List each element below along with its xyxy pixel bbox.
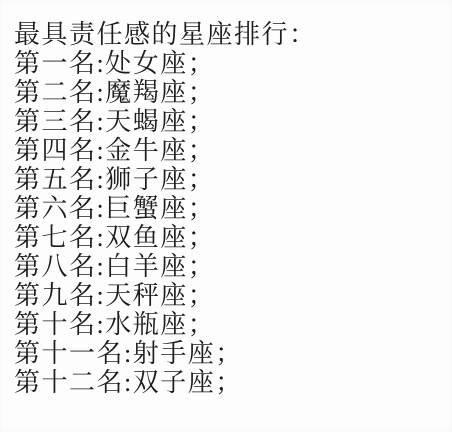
page-title: 最具责任感的星座排行： — [14, 20, 442, 49]
ranking-item-1: 第一名:处女座； — [14, 49, 442, 78]
ranking-item-12: 第十二名:双子座； — [14, 368, 442, 397]
ranking-item-11: 第十一名:射手座； — [14, 339, 442, 368]
ranking-item-3: 第三名:天蝎座； — [14, 107, 442, 136]
ranking-item-6: 第六名:巨蟹座； — [14, 194, 442, 223]
ranking-item-9: 第九名:天秤座； — [14, 281, 442, 310]
ranking-item-8: 第八名:白羊座； — [14, 252, 442, 281]
ranking-item-5: 第五名:狮子座； — [14, 165, 442, 194]
zodiac-ranking-page: 最具责任感的星座排行： 第一名:处女座； 第二名:魔羯座； 第三名:天蝎座； 第… — [0, 0, 452, 432]
ranking-item-7: 第七名:双鱼座； — [14, 223, 442, 252]
ranking-item-4: 第四名:金牛座； — [14, 136, 442, 165]
ranking-item-10: 第十名:水瓶座； — [14, 310, 442, 339]
ranking-item-2: 第二名:魔羯座； — [14, 78, 442, 107]
